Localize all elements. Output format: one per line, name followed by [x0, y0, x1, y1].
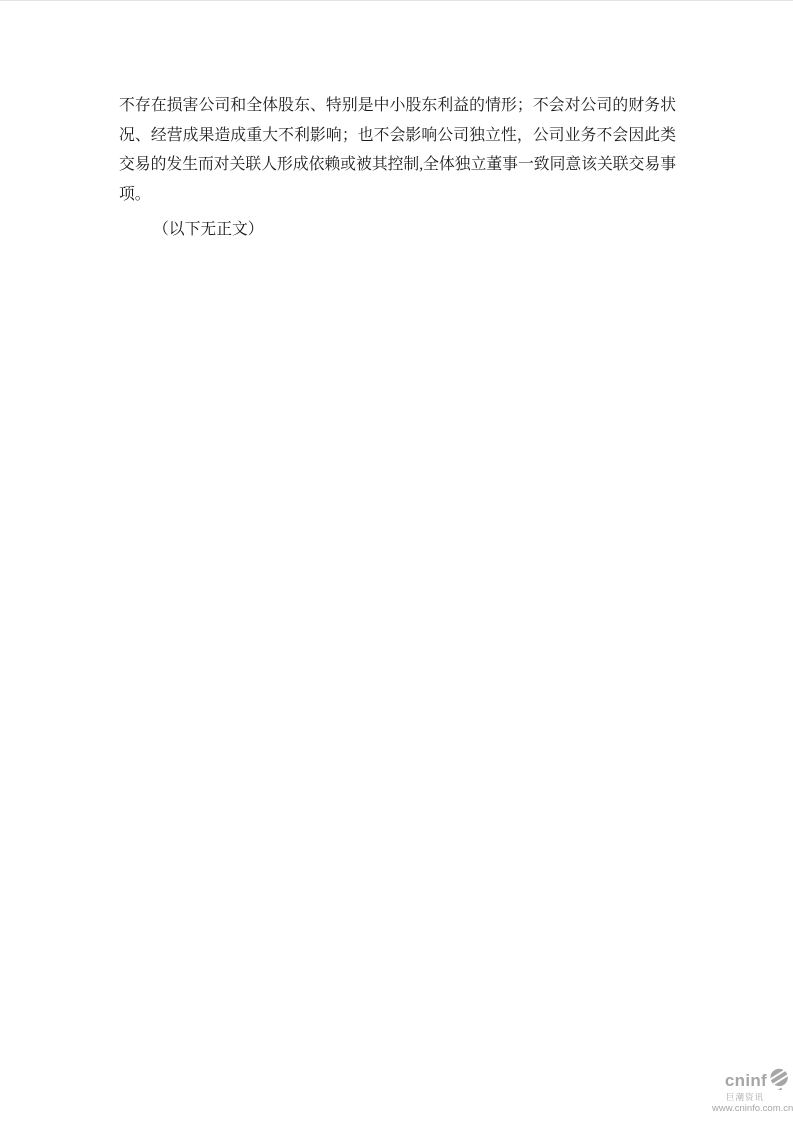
cninfo-swirl-globe-icon	[768, 1068, 790, 1090]
cninfo-logo-row: cninf	[712, 1070, 790, 1091]
closing-line: （以下无正文）	[119, 215, 676, 245]
cninfo-url-text: www.cninfo.com.cn	[712, 1104, 790, 1114]
cninfo-name-text: 巨潮资讯	[712, 1092, 790, 1102]
cninfo-watermark: cninf 巨潮资讯 www.cninfo.com.cn	[712, 1070, 790, 1114]
body-paragraph: 不存在损害公司和全体股东、特别是中小股东利益的情形；不会对公司的财务状况、经营成…	[119, 91, 676, 209]
document-page: 不存在损害公司和全体股东、特别是中小股东利益的情形；不会对公司的财务状况、经营成…	[0, 0, 793, 1122]
document-content: 不存在损害公司和全体股东、特别是中小股东利益的情形；不会对公司的财务状况、经营成…	[119, 91, 676, 245]
cninfo-brand-text: cninf	[725, 1070, 767, 1091]
